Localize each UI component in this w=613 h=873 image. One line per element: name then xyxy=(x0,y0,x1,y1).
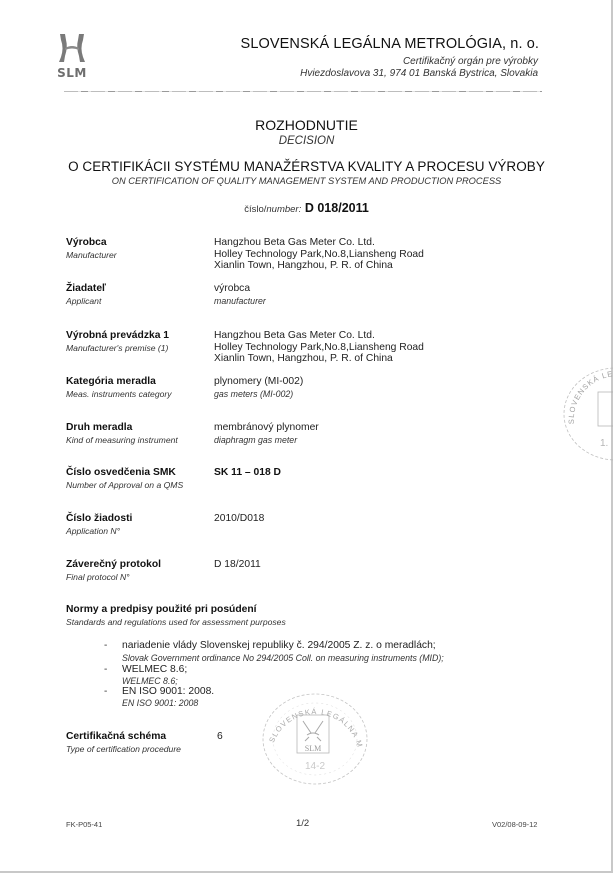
protocol-value: D 18/2011 xyxy=(214,559,261,571)
norm-item-sub: Slovak Government ordinance No 294/2005 … xyxy=(122,653,444,663)
application-label: Číslo žiadosti xyxy=(66,513,132,524)
document-subject: O CERTIFIKÁCII SYSTÉMU MANAŽÉRSTVA KVALI… xyxy=(0,159,613,174)
norm-item-main: EN ISO 9001: 2008. xyxy=(122,686,214,697)
number-label-en: number: xyxy=(266,204,301,215)
norm-bullet: - xyxy=(104,686,107,697)
category-label: Kategória meradla xyxy=(66,376,156,387)
document-subject-en: ON CERTIFICATION OF QUALITY MANAGEMENT S… xyxy=(0,176,613,186)
form-code: FK-P05-41 xyxy=(66,820,102,829)
category-value: plynomery (MI-002) xyxy=(214,376,303,388)
manufacturer-value: Hangzhou Beta Gas Meter Co. Ltd. Holley … xyxy=(214,237,424,272)
category-sublabel: Meas. instruments category xyxy=(66,389,172,399)
protocol-label: Záverečný protokol xyxy=(66,559,161,570)
stamp-center-text: SLM xyxy=(305,744,321,753)
category-value-en: gas meters (MI-002) xyxy=(214,389,293,401)
manufacturer-label: Výrobca xyxy=(66,237,107,248)
slm-emblem-icon xyxy=(52,30,92,66)
premise-label: Výrobná prevádzka 1 xyxy=(66,330,169,341)
norm-item-sub: WELMEC 8.6; xyxy=(122,676,178,686)
edge-stamp-number: 1. xyxy=(600,438,608,449)
header-divider xyxy=(64,91,542,92)
applicant-value: výrobca xyxy=(214,283,250,295)
organization-subtitle: Certifikačný orgán pre výrobky xyxy=(403,56,538,67)
document-title-en: DECISION xyxy=(0,135,613,147)
kind-label: Druh meradla xyxy=(66,422,132,433)
scheme-label: Certifikačná schéma xyxy=(66,731,166,742)
approval-sublabel: Number of Approval on a QMS xyxy=(66,480,183,490)
document-title: ROZHODNUTIE xyxy=(0,117,613,133)
manufacturer-sublabel: Manufacturer xyxy=(66,250,117,260)
premise-sublabel: Manufacturer's premise (1) xyxy=(66,343,168,353)
stamp-number: 14-2 xyxy=(305,761,325,772)
scheme-sublabel: Type of certification procedure xyxy=(66,744,181,754)
stamp-seal-icon: SLOVENSKÁ LEGÁLNA METROLÓGIA SLM 14-2 xyxy=(255,685,375,785)
norm-item-main: WELMEC 8.6; xyxy=(122,664,187,675)
application-value: 2010/D018 xyxy=(214,513,264,525)
edge-stamp-seal-icon: SLOVENSKÁ LEG 1. xyxy=(560,362,613,462)
kind-sublabel: Kind of measuring instrument xyxy=(66,435,178,445)
official-stamp: SLOVENSKÁ LEGÁLNA METROLÓGIA SLM 14-2 xyxy=(255,685,375,785)
svg-text:SLOVENSKÁ LEG: SLOVENSKÁ LEG xyxy=(567,369,613,424)
slm-logo: SLM xyxy=(52,30,92,84)
version-code: V02/08-09-12 xyxy=(492,820,537,829)
approval-label: Číslo osvedčenia SMK xyxy=(66,467,176,478)
edge-stamp: SLOVENSKÁ LEG 1. xyxy=(560,362,613,462)
applicant-label: Žiadateľ xyxy=(66,283,106,294)
norm-bullet: - xyxy=(104,640,107,651)
logo-text: SLM xyxy=(52,66,92,80)
applicant-value-en: manufacturer xyxy=(214,296,266,308)
kind-value: membránový plynomer xyxy=(214,422,319,434)
number-label-sk: číslo/ xyxy=(244,204,266,215)
applicant-sublabel: Applicant xyxy=(66,296,101,306)
number-value: D 018/2011 xyxy=(305,201,369,215)
norm-bullet: - xyxy=(104,664,107,675)
decision-number: číslo/number: D 018/2011 xyxy=(0,200,613,215)
document-page: SLM SLOVENSKÁ LEGÁLNA METROLÓGIA, n. o. … xyxy=(0,0,613,873)
premise-value: Hangzhou Beta Gas Meter Co. Ltd. Holley … xyxy=(214,330,424,365)
kind-value-en: diaphragm gas meter xyxy=(214,435,297,447)
norm-item-sub: EN ISO 9001: 2008 xyxy=(122,698,198,708)
norms-label: Normy a predpisy použité pri posúdení xyxy=(66,604,257,615)
page-number: 1/2 xyxy=(296,818,309,829)
norms-sublabel: Standards and regulations used for asses… xyxy=(66,617,286,627)
norm-item-main: nariadenie vlády Slovenskej republiky č.… xyxy=(122,640,436,651)
application-sublabel: Application N° xyxy=(66,526,120,536)
protocol-sublabel: Final protocol N° xyxy=(66,572,130,582)
organization-name: SLOVENSKÁ LEGÁLNA METROLÓGIA, n. o. xyxy=(241,36,539,52)
scheme-value: 6 xyxy=(217,731,223,743)
organization-address: Hviezdoslavova 31, 974 01 Banská Bystric… xyxy=(300,68,538,79)
approval-value: SK 11 – 018 D xyxy=(214,467,281,479)
